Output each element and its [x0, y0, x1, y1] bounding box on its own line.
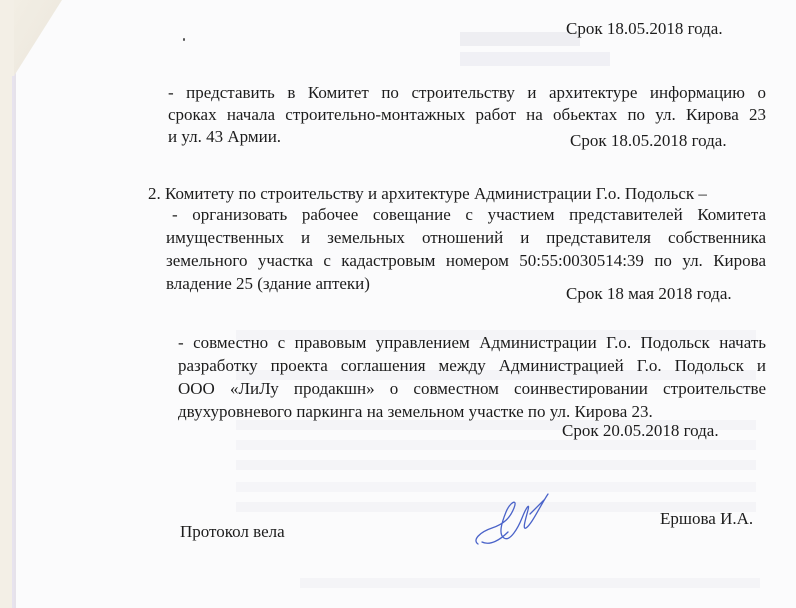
signer-name: Ершова И.А. [660, 508, 753, 529]
item-2b-line-4: двухуровневого паркинга на земельном уча… [178, 401, 653, 422]
item-2a-line-4: владение 25 (здание аптеки) [166, 273, 370, 294]
item-1b-line-2: сроках начала строительно-монтажных рабо… [168, 104, 766, 125]
item-2a-line-1: - организовать рабочее совещание с участ… [166, 204, 766, 225]
protocol-label: Протокол вела [180, 521, 285, 542]
item-2b-line-1: - совместно с правовым управлением Админ… [178, 332, 766, 353]
item-1b-line-3: и ул. 43 Армии. [168, 126, 281, 147]
item-2b-deadline: Срок 20.05.2018 года. [562, 420, 719, 441]
item-2b-line-2: разработку проекта соглашения между Адми… [178, 355, 766, 376]
item-2-heading: 2. Комитету по строительству и архитекту… [148, 183, 707, 204]
page-edge [12, 76, 14, 608]
item-2a-line-2: имущественных и земельных отношений и пр… [166, 227, 766, 248]
signature-icon [470, 488, 570, 550]
item-2a-deadline: Срок 18 мая 2018 года. [566, 283, 732, 304]
item-2b-line-3: ООО «ЛиЛу продакшн» о совместном соинвес… [178, 378, 766, 399]
deadline-1: Срок 18.05.2018 года. [566, 18, 723, 39]
item-1b-line-1: - представить в Комитет по строительству… [168, 82, 766, 103]
scan-speck [183, 38, 185, 41]
item-1b-deadline: Срок 18.05.2018 года. [570, 130, 727, 151]
item-2a-line-3: земельного участка с кадастровым номером… [166, 250, 766, 271]
